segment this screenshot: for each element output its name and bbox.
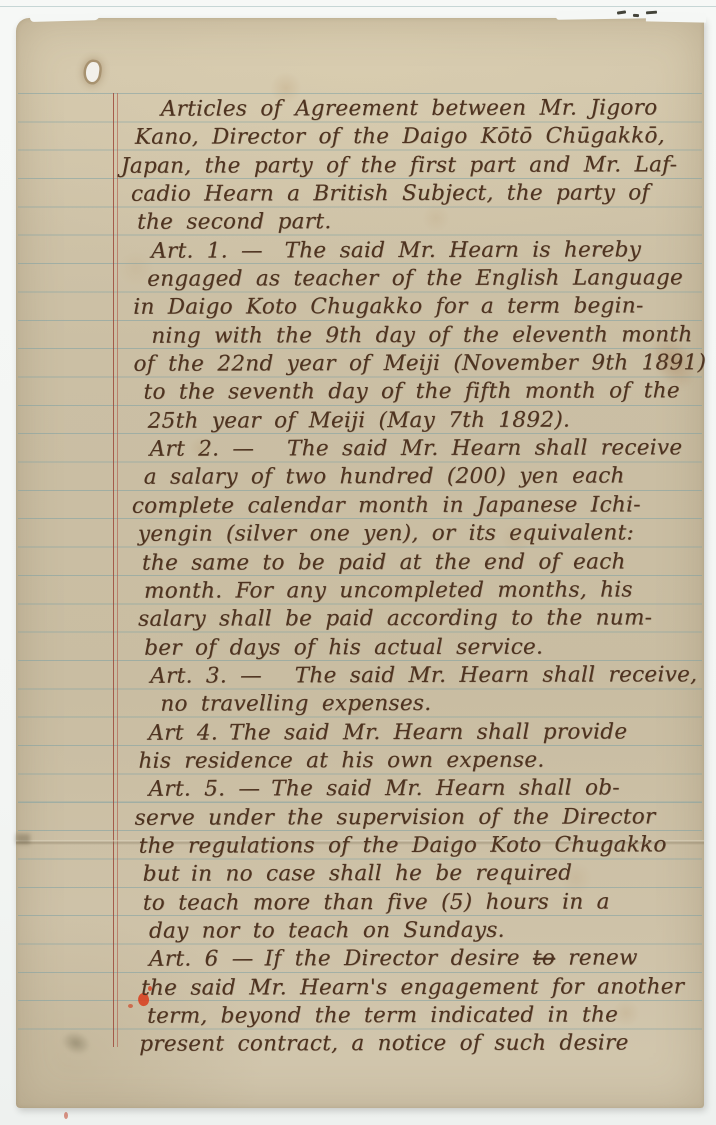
manuscript-line-article-3: Art. 3. — The said Mr. Hearn shall recei… [150,661,708,691]
handwritten-text: Articles of Agreement between Mr. Jigoro… [121,94,710,1059]
manuscript-line: Japan, the party of the first part and M… [121,151,707,181]
manuscript-line: ber of days of his actual service. [144,633,708,663]
manuscript-line: present contract, a notice of such desir… [139,1030,709,1060]
manuscript-line: 25th year of Meiji (May 7th 1892). [148,406,708,436]
fold-crease-edge [16,834,30,844]
manuscript-line: serve under the supervision of the Direc… [135,803,709,833]
manuscript-line: engaged as teacher of the English Langua… [147,264,707,294]
manuscript-line: Kano, Director of the Daigo Kōtō Chūgakk… [135,123,707,153]
manuscript-page: Articles of Agreement between Mr. Jigoro… [16,18,704,1108]
manuscript-line: the same to be paid at the end of each [142,548,708,578]
line-text: Art. 6 — If the Director desire [149,946,533,972]
manuscript-line: day nor to teach on Sundays. [149,916,709,946]
manuscript-line: of the 22nd year of Meiji (November 9th … [133,349,707,379]
manuscript-line: but in no case shall he be required [143,860,709,890]
manuscript-line: Articles of Agreement between Mr. Jigoro [161,94,707,124]
edge-debris-speck [633,14,639,18]
manuscript-line: to teach more than five (5) hours in a [143,888,709,918]
manuscript-line: the regulations of the Daigo Koto Chugak… [139,831,709,861]
manuscript-line: complete calendar month in Japanese Ichi… [132,491,708,521]
manuscript-line: month. For any uncompleted months, his [144,576,708,606]
manuscript-line: ning with the 9th day of the eleventh mo… [151,321,707,351]
manuscript-line: cadio Hearn a British Subject, the party… [131,179,707,209]
scan-background: Articles of Agreement between Mr. Jigoro… [0,0,716,1125]
red-edge-speck [64,1112,68,1119]
manuscript-line: the second part. [137,208,707,238]
line-text: renew [555,946,638,971]
manuscript-line-article-4: Art 4. The said Mr. Hearn shall provide [148,718,708,748]
manuscript-line: term, beyond the term indicated in the [147,1001,709,1031]
manuscript-line: in Daigo Koto Chugakko for a term begin- [133,293,707,323]
manuscript-line: to the seventh day of the fifth month of… [143,378,707,408]
ghost-rule-line [0,6,716,7]
manuscript-line-article-2: Art 2. — The said Mr. Hearn shall receiv… [150,434,708,464]
manuscript-line-article-5: Art. 5. — The said Mr. Hearn shall ob- [149,774,709,804]
manuscript-line: yengin (silver one yen), or its equivale… [138,519,708,549]
manuscript-line-article-1: Art. 1. — The said Mr. Hearn is hereby [151,236,707,266]
manuscript-line: the said Mr. Hearn's engagement for anot… [141,973,709,1003]
manuscript-line: no travelling expenses. [160,689,708,719]
manuscript-line-article-6: Art. 6 — If the Director desire to renew [149,945,709,975]
struck-word: to [533,946,555,971]
manuscript-line: his residence at his own expense. [138,746,708,776]
manuscript-line: salary shall be paid according to the nu… [138,604,708,634]
manuscript-line: a salary of two hundred (200) yen each [144,463,708,493]
